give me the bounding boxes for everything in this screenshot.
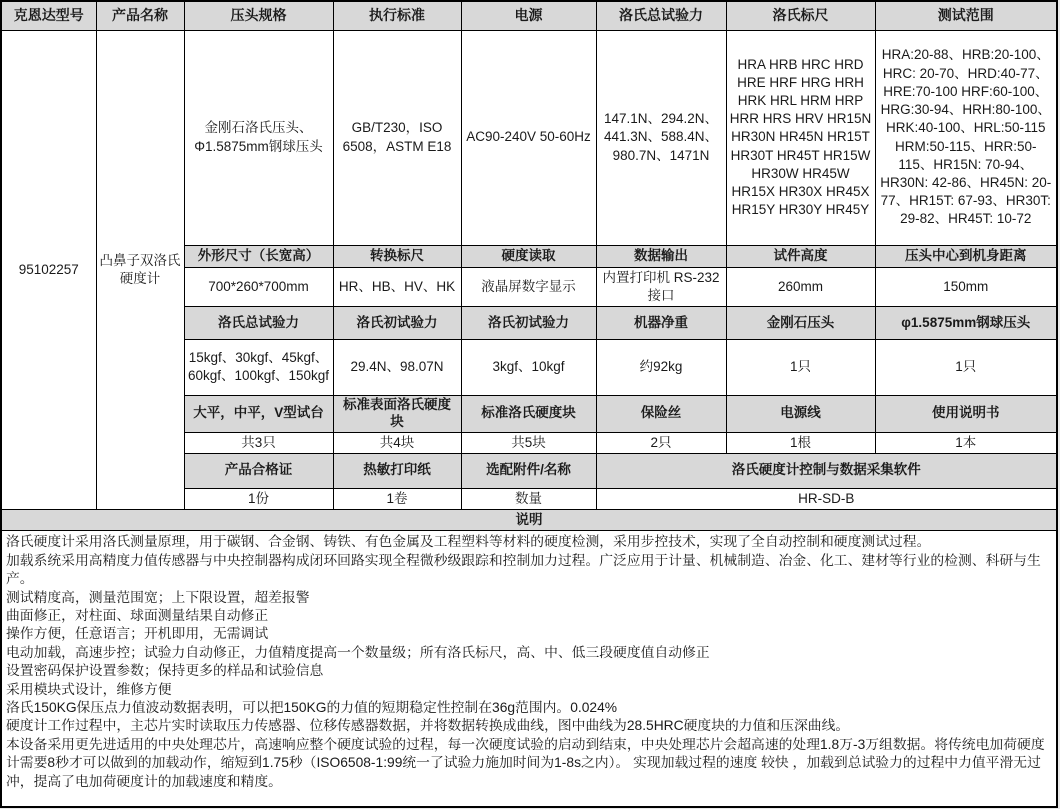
col-header-standard: 执行标准 bbox=[333, 1, 461, 30]
note-line: 加载系统采用高精度力值传感器与中央控制器构成闭环回路实现全程微秒级跟踪和控制加力… bbox=[6, 552, 1052, 589]
note-line: 洛氏硬度计采用洛氏测量原理，用于碳钢、合金钢、铸铁、有色金属及工程塑料等材料的硬… bbox=[6, 533, 1052, 551]
spec-value-cell: 260mm bbox=[726, 267, 875, 306]
spec-header-cell: 压头中心到机身距离 bbox=[875, 245, 1057, 267]
spec-header-cell: 外形尺寸（长宽高） bbox=[184, 245, 333, 267]
standard-cell: GB/T230，ISO 6508，ASTM E18 bbox=[333, 30, 461, 245]
col-header-model: 克恩达型号 bbox=[1, 1, 96, 30]
notes-title: 说明 bbox=[1, 510, 1057, 531]
notes-body-row: 洛氏硬度计采用洛氏测量原理，用于碳钢、合金钢、铸铁、有色金属及工程塑料等材料的硬… bbox=[1, 531, 1057, 807]
spec-value-cell: 数量 bbox=[461, 488, 596, 509]
scales-cell: HRA HRB HRC HRD HRE HRF HRG HRH HRK HRL … bbox=[726, 30, 875, 245]
spec-header-cell: 保险丝 bbox=[596, 395, 726, 432]
note-line: 电动加载，高速步控；试验力自动修正，力值精度提高一个数量级；所有洛氏标尺，高、中… bbox=[6, 644, 1052, 662]
spec-value-cell: 1份 bbox=[184, 488, 333, 509]
spec-header-cell: 金刚石压头 bbox=[726, 306, 875, 339]
spec-value-cell: 1只 bbox=[726, 339, 875, 395]
spec-value-cell: 29.4N、98.07N bbox=[333, 339, 461, 395]
note-line: 测试精度高，测量范围宽；上下限设置，超差报警 bbox=[6, 589, 1052, 607]
spec-header-cell: 试件高度 bbox=[726, 245, 875, 267]
spec-header-cell: 硬度读取 bbox=[461, 245, 596, 267]
spec-row-1: 95102257 凸鼻子双洛氏硬度计 金刚石洛氏压头、Φ1.5875mm钢球压头… bbox=[1, 30, 1057, 245]
note-line: 洛氏150KG保压点力值波动数据表明，可以把150KG的力值的短期稳定性控制在3… bbox=[6, 699, 1052, 717]
spec-value-cell: 15kgf、30kgf、45kgf、60kgf、100kgf、150kgf bbox=[184, 339, 333, 395]
col-header-total-force: 洛氏总试验力 bbox=[596, 1, 726, 30]
table-header-row: 克恩达型号 产品名称 压头规格 执行标准 电源 洛氏总试验力 洛氏标尺 测试范围 bbox=[1, 1, 1057, 30]
spec-value-cell: 共3只 bbox=[184, 432, 333, 453]
spec-header-cell: 选配附件/名称 bbox=[461, 453, 596, 488]
spec-header-cell: 洛氏初试验力 bbox=[461, 306, 596, 339]
spec-value-cell: 1只 bbox=[875, 339, 1057, 395]
spec-value-cell: 1卷 bbox=[333, 488, 461, 509]
spec-header-cell: 标准洛氏硬度块 bbox=[461, 395, 596, 432]
spec-value-cell: 2只 bbox=[596, 432, 726, 453]
spec-value-cell: 700*260*700mm bbox=[184, 267, 333, 306]
col-header-scales: 洛氏标尺 bbox=[726, 1, 875, 30]
note-line: 设置密码保护设置参数；保持更多的样品和试验信息 bbox=[6, 662, 1052, 680]
spec-value-cell: 150mm bbox=[875, 267, 1057, 306]
spec-header-cell: 数据输出 bbox=[596, 245, 726, 267]
col-header-range: 测试范围 bbox=[875, 1, 1057, 30]
spec-value-cell: 1本 bbox=[875, 432, 1057, 453]
spec-header-cell: 使用说明书 bbox=[875, 395, 1057, 432]
product-value-cell: 凸鼻子双洛氏硬度计 bbox=[96, 30, 184, 510]
spec-value-cell: 共4块 bbox=[333, 432, 461, 453]
spec-value-cell: 3kgf、10kgf bbox=[461, 339, 596, 395]
spec-value-cell: 内置打印机 RS-232接口 bbox=[596, 267, 726, 306]
spec-header-cell: 转换标尺 bbox=[333, 245, 461, 267]
notes-title-row: 说明 bbox=[1, 510, 1057, 531]
col-header-product: 产品名称 bbox=[96, 1, 184, 30]
product-spec-table: 克恩达型号 产品名称 压头规格 执行标准 电源 洛氏总试验力 洛氏标尺 测试范围… bbox=[0, 0, 1058, 808]
spec-value-cell: 1根 bbox=[726, 432, 875, 453]
spec-value-cell: 共5块 bbox=[461, 432, 596, 453]
note-line: 采用模块式设计，维修方便 bbox=[6, 681, 1052, 699]
spec-value-cell: HR、HB、HV、HK bbox=[333, 267, 461, 306]
model-value-cell: 95102257 bbox=[1, 30, 96, 510]
software-header-cell: 洛氏硬度计控制与数据采集软件 bbox=[596, 453, 1057, 488]
spec-header-cell: 洛氏总试验力 bbox=[184, 306, 333, 339]
spec-header-cell: 标准表面洛氏硬度块 bbox=[333, 395, 461, 432]
spec-value-cell: 约92kg bbox=[596, 339, 726, 395]
col-header-indenter: 压头规格 bbox=[184, 1, 333, 30]
spec-header-cell: φ1.5875mm钢球压头 bbox=[875, 306, 1057, 339]
spec-value-cell: 液晶屏数字显示 bbox=[461, 267, 596, 306]
notes-body: 洛氏硬度计采用洛氏测量原理，用于碳钢、合金钢、铸铁、有色金属及工程塑料等材料的硬… bbox=[1, 531, 1057, 807]
software-value-cell: HR-SD-B bbox=[596, 488, 1057, 509]
total-force-cell: 147.1N、294.2N、441.3N、588.4N、980.7N、1471N bbox=[596, 30, 726, 245]
spec-header-cell: 大平，中平，V型试台 bbox=[184, 395, 333, 432]
spec-header-cell: 热敏打印纸 bbox=[333, 453, 461, 488]
spec-header-cell: 机器净重 bbox=[596, 306, 726, 339]
note-line: 硬度计工作过程中，主芯片实时读取压力传感器、位移传感器数据，并将数据转换成曲线，… bbox=[6, 717, 1052, 735]
power-cell: AC90-240V 50-60Hz bbox=[461, 30, 596, 245]
spec-header-cell: 电源线 bbox=[726, 395, 875, 432]
spec-header-cell: 洛氏初试验力 bbox=[333, 306, 461, 339]
note-line: 操作方便，任意语言；开机即用，无需调试 bbox=[6, 625, 1052, 643]
indenter-spec-cell: 金刚石洛氏压头、Φ1.5875mm钢球压头 bbox=[184, 30, 333, 245]
col-header-power: 电源 bbox=[461, 1, 596, 30]
note-line: 本设备采用更先进适用的中央处理芯片，高速响应整个硬度试验的过程，每一次硬度试验的… bbox=[6, 736, 1052, 791]
note-line: 曲面修正，对柱面、球面测量结果自动修正 bbox=[6, 607, 1052, 625]
spec-header-cell: 产品合格证 bbox=[184, 453, 333, 488]
range-cell: HRA:20-88、HRB:20-100、HRC: 20-70、HRD:40-7… bbox=[875, 30, 1057, 245]
